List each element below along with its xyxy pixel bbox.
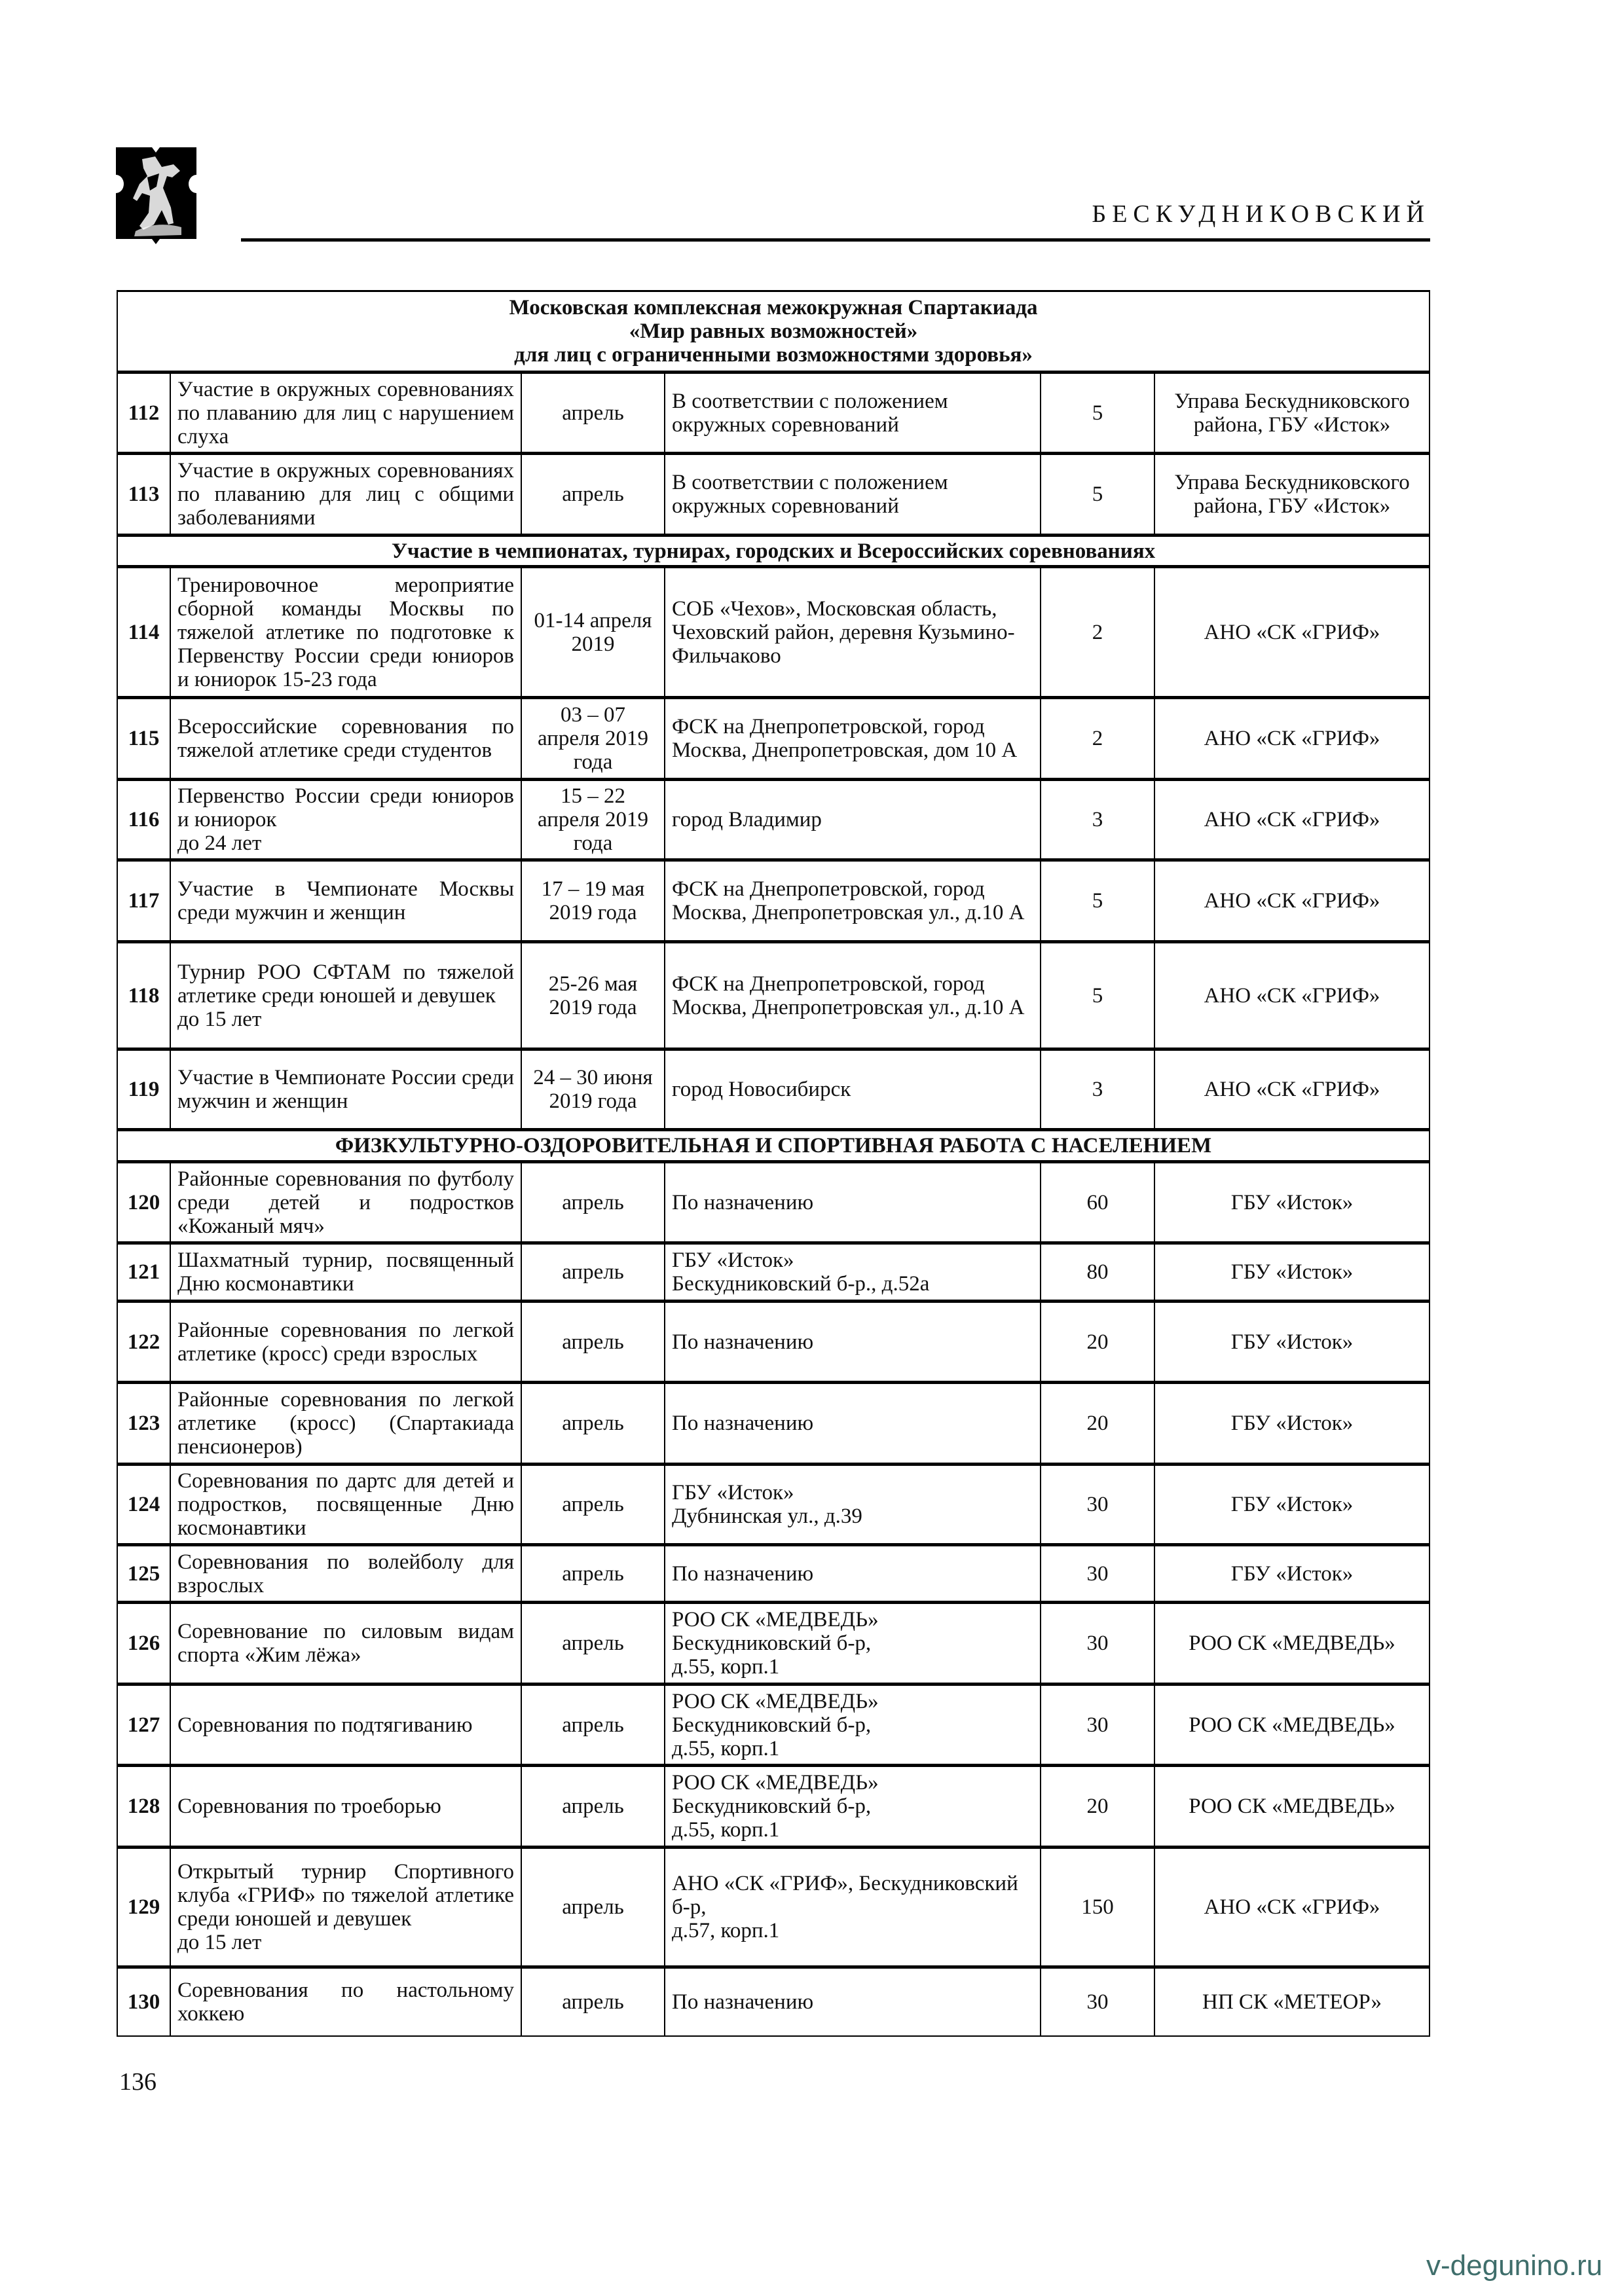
organizer: АНО «СК «ГРИФ» — [1154, 942, 1430, 1049]
district-coat-of-arms-icon — [116, 147, 196, 244]
event-place: СОБ «Чехов», Московская область, Чеховск… — [665, 567, 1041, 698]
event-date: апрель — [521, 1848, 665, 1967]
row-number: 130 — [117, 1967, 170, 2036]
table-row: 113Участие в окружных соревнованиях по п… — [117, 454, 1430, 536]
event-date: апрель — [521, 1685, 665, 1766]
event-date: 17 – 19 мая 2019 года — [521, 860, 665, 942]
participant-count: 20 — [1041, 1383, 1154, 1465]
participant-count: 30 — [1041, 1967, 1154, 2036]
event-place: По назначению — [665, 1545, 1041, 1603]
table-row: 123Районные соревнования по легкой атлет… — [117, 1383, 1430, 1465]
row-number: 121 — [117, 1243, 170, 1302]
event-date: 25-26 мая 2019 года — [521, 942, 665, 1049]
organizer: РОО СК «МЕДВЕДЬ» — [1154, 1603, 1430, 1685]
event-date: апрель — [521, 1243, 665, 1302]
row-number: 118 — [117, 942, 170, 1049]
event-place: ФСК на Днепропетровской, город Москва, Д… — [665, 860, 1041, 942]
participant-count: 80 — [1041, 1243, 1154, 1302]
event-place: По назначению — [665, 1162, 1041, 1243]
event-date: 15 – 22 апреля 2019 года — [521, 780, 665, 860]
participant-count: 30 — [1041, 1545, 1154, 1603]
table-row: 129Открытый турнир Спортивного клуба «ГР… — [117, 1848, 1430, 1967]
organizer: ГБУ «Исток» — [1154, 1302, 1430, 1383]
event-place: город Новосибирск — [665, 1049, 1041, 1130]
event-place: АНО «СК «ГРИФ», Бескудниковский б-р,д.57… — [665, 1848, 1041, 1967]
organizer: НП СК «МЕТЕОР» — [1154, 1967, 1430, 2036]
table-row: 130Соревнования по настольному хоккеюапр… — [117, 1967, 1430, 2036]
section-header-row: Участие в чемпионатах, турнирах, городск… — [117, 536, 1430, 567]
row-number: 115 — [117, 698, 170, 780]
events-table: Московская комплексная межокружная Спарт… — [117, 290, 1430, 2037]
event-date: 03 – 07 апреля 2019 года — [521, 698, 665, 780]
event-place: По назначению — [665, 1967, 1041, 2036]
event-name: Соревнование по силовым видам спорта «Жи… — [170, 1603, 521, 1685]
event-name: Соревнования по дартс для детей и подрос… — [170, 1465, 521, 1545]
event-name: Районные соревнования по легкой атлетике… — [170, 1383, 521, 1465]
row-number: 113 — [117, 454, 170, 536]
event-name: Первенство России среди юниоров и юниоро… — [170, 780, 521, 860]
section-title: ФИЗКУЛЬТУРНО-ОЗДОРОВИТЕЛЬНАЯ И СПОРТИВНА… — [117, 1130, 1430, 1162]
event-date: апрель — [521, 373, 665, 454]
row-number: 125 — [117, 1545, 170, 1603]
participant-count: 5 — [1041, 373, 1154, 454]
section-title: Участие в чемпионатах, турнирах, городск… — [117, 536, 1430, 567]
event-place: ФСК на Днепропетровской, город Москва, Д… — [665, 698, 1041, 780]
participant-count: 3 — [1041, 1049, 1154, 1130]
event-name: Открытый турнир Спортивного клуба «ГРИФ»… — [170, 1848, 521, 1967]
event-place: город Владимир — [665, 780, 1041, 860]
event-date: апрель — [521, 1162, 665, 1243]
event-name: Соревнования по настольному хоккею — [170, 1967, 521, 2036]
row-number: 112 — [117, 373, 170, 454]
row-number: 119 — [117, 1049, 170, 1130]
event-date: 01-14 апреля 2019 — [521, 567, 665, 698]
organizer: РОО СК «МЕДВЕДЬ» — [1154, 1766, 1430, 1848]
row-number: 114 — [117, 567, 170, 698]
district-header-title: БЕСКУДНИКОВСКИЙ — [1092, 200, 1430, 228]
table-row: 125Соревнования по волейболу для взрослы… — [117, 1545, 1430, 1603]
header-divider — [241, 238, 1430, 242]
table-row: 124Соревнования по дартс для детей и под… — [117, 1465, 1430, 1545]
row-number: 122 — [117, 1302, 170, 1383]
organizer: АНО «СК «ГРИФ» — [1154, 1049, 1430, 1130]
page-number: 136 — [119, 2069, 157, 2095]
organizer: ГБУ «Исток» — [1154, 1243, 1430, 1302]
organizer: АНО «СК «ГРИФ» — [1154, 780, 1430, 860]
organizer: АНО «СК «ГРИФ» — [1154, 567, 1430, 698]
table-row: 114Тренировочное мероприятие сборной ком… — [117, 567, 1430, 698]
organizer: ГБУ «Исток» — [1154, 1465, 1430, 1545]
row-number: 127 — [117, 1685, 170, 1766]
event-name: Всероссийские соревнования по тяжелой ат… — [170, 698, 521, 780]
table-row: 120Районные соревнования по футболу сред… — [117, 1162, 1430, 1243]
table-title: Московская комплексная межокружная Спарт… — [117, 291, 1430, 373]
organizer: РОО СК «МЕДВЕДЬ» — [1154, 1685, 1430, 1766]
event-name: Соревнования по волейболу для взрослых — [170, 1545, 521, 1603]
table-row: 121Шахматный турнир, посвященный Дню кос… — [117, 1243, 1430, 1302]
event-date: апрель — [521, 1967, 665, 2036]
table-title-line: Московская комплексная межокружная Спарт… — [124, 296, 1422, 319]
event-place: По назначению — [665, 1383, 1041, 1465]
event-date: апрель — [521, 1302, 665, 1383]
organizer: ГБУ «Исток» — [1154, 1383, 1430, 1465]
participant-count: 5 — [1041, 942, 1154, 1049]
event-date: апрель — [521, 1766, 665, 1848]
row-number: 124 — [117, 1465, 170, 1545]
table-row: 122Районные соревнования по легкой атлет… — [117, 1302, 1430, 1383]
participant-count: 2 — [1041, 698, 1154, 780]
event-name: Участие в окружных соревнованиях по плав… — [170, 454, 521, 536]
table-row: 118Турнир РОО СФТАМ по тяжелой атлетике … — [117, 942, 1430, 1049]
participant-count: 20 — [1041, 1766, 1154, 1848]
event-place: В соответствии с положением окружных сор… — [665, 373, 1041, 454]
organizer: Управа Бескудниковского района, ГБУ «Ист… — [1154, 454, 1430, 536]
event-place: По назначению — [665, 1302, 1041, 1383]
event-place: ФСК на Днепропетровской, город Москва, Д… — [665, 942, 1041, 1049]
event-place: РОО СК «МЕДВЕДЬ» Бескудниковский б-р,д.5… — [665, 1685, 1041, 1766]
event-name: Участие в Чемпионате России среди мужчин… — [170, 1049, 521, 1130]
table-title-line: для лиц с ограниченными возможностями зд… — [124, 343, 1422, 367]
event-place: В соответствии с положением окружных сор… — [665, 454, 1041, 536]
event-date: апрель — [521, 454, 665, 536]
table-row: 117Участие в Чемпионате Москвы среди муж… — [117, 860, 1430, 942]
site-watermark[interactable]: v-degunino.ru — [1426, 2250, 1602, 2282]
event-place: ГБУ «Исток»Бескудниковский б-р., д.52а — [665, 1243, 1041, 1302]
table-row: 127Соревнования по подтягиваниюапрельРОО… — [117, 1685, 1430, 1766]
event-name: Районные соревнования по футболу среди д… — [170, 1162, 521, 1243]
organizer: АНО «СК «ГРИФ» — [1154, 1848, 1430, 1967]
event-date: апрель — [521, 1603, 665, 1685]
participant-count: 2 — [1041, 567, 1154, 698]
event-name: Участие в Чемпионате Москвы среди мужчин… — [170, 860, 521, 942]
section-header-row: ФИЗКУЛЬТУРНО-ОЗДОРОВИТЕЛЬНАЯ И СПОРТИВНА… — [117, 1130, 1430, 1162]
event-date: 24 – 30 июня 2019 года — [521, 1049, 665, 1130]
organizer: Управа Бескудниковского района, ГБУ «Ист… — [1154, 373, 1430, 454]
event-place: РОО СК «МЕДВЕДЬ» Бескудниковский б-р,д.5… — [665, 1766, 1041, 1848]
table-title-line: «Мир равных возможностей» — [124, 319, 1422, 343]
event-place: РОО СК «МЕДВЕДЬ» Бескудниковский б-р,д.5… — [665, 1603, 1041, 1685]
event-date: апрель — [521, 1465, 665, 1545]
participant-count: 30 — [1041, 1465, 1154, 1545]
event-date: апрель — [521, 1545, 665, 1603]
row-number: 117 — [117, 860, 170, 942]
table-title-row: Московская комплексная межокружная Спарт… — [117, 291, 1430, 373]
participant-count: 150 — [1041, 1848, 1154, 1967]
event-date: апрель — [521, 1383, 665, 1465]
table-row: 115Всероссийские соревнования по тяжелой… — [117, 698, 1430, 780]
row-number: 129 — [117, 1848, 170, 1967]
participant-count: 5 — [1041, 454, 1154, 536]
organizer: АНО «СК «ГРИФ» — [1154, 698, 1430, 780]
row-number: 128 — [117, 1766, 170, 1848]
participant-count: 30 — [1041, 1685, 1154, 1766]
event-name: Турнир РОО СФТАМ по тяжелой атлетике сре… — [170, 942, 521, 1049]
event-name: Районные соревнования по легкой атлетике… — [170, 1302, 521, 1383]
participant-count: 30 — [1041, 1603, 1154, 1685]
row-number: 116 — [117, 780, 170, 860]
table-row: 112Участие в окружных соревнованиях по п… — [117, 373, 1430, 454]
event-name: Шахматный турнир, посвященный Дню космон… — [170, 1243, 521, 1302]
participant-count: 5 — [1041, 860, 1154, 942]
table-row: 126Соревнование по силовым видам спорта … — [117, 1603, 1430, 1685]
event-name: Соревнования по троеборью — [170, 1766, 521, 1848]
event-place: ГБУ «Исток»Дубнинская ул., д.39 — [665, 1465, 1041, 1545]
row-number: 120 — [117, 1162, 170, 1243]
participant-count: 3 — [1041, 780, 1154, 860]
participant-count: 20 — [1041, 1302, 1154, 1383]
organizer: АНО «СК «ГРИФ» — [1154, 860, 1430, 942]
event-name: Участие в окружных соревнованиях по плав… — [170, 373, 521, 454]
row-number: 126 — [117, 1603, 170, 1685]
organizer: ГБУ «Исток» — [1154, 1162, 1430, 1243]
organizer: ГБУ «Исток» — [1154, 1545, 1430, 1603]
row-number: 123 — [117, 1383, 170, 1465]
table-row: 116Первенство России среди юниоров и юни… — [117, 780, 1430, 860]
participant-count: 60 — [1041, 1162, 1154, 1243]
table-row: 119Участие в Чемпионате России среди муж… — [117, 1049, 1430, 1130]
event-name: Тренировочное мероприятие сборной команд… — [170, 567, 521, 698]
event-name: Соревнования по подтягиванию — [170, 1685, 521, 1766]
table-row: 128Соревнования по троеборьюапрельРОО СК… — [117, 1766, 1430, 1848]
